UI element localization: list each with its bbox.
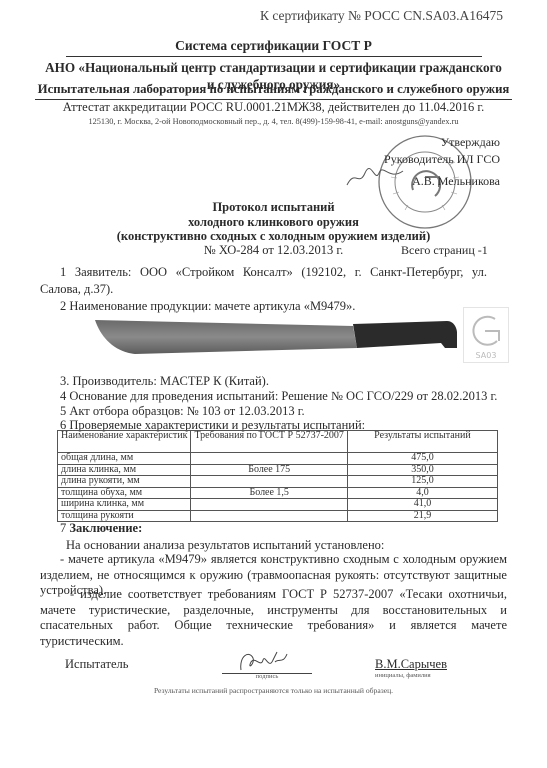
certificate-reference: К сертификату № РОСС CN.SA03.A16475 bbox=[260, 8, 503, 24]
table-cell: 125,0 bbox=[347, 476, 497, 488]
table-cell: толщина рукояти bbox=[58, 510, 191, 522]
table-cell: толщина обуха, мм bbox=[58, 487, 191, 499]
table-cell: 350,0 bbox=[347, 464, 497, 476]
protocol-title-line: Протокол испытаний bbox=[0, 200, 547, 215]
page-count: Всего страниц -1 bbox=[401, 243, 488, 258]
table-cell: длина клинка, мм bbox=[58, 464, 191, 476]
table-row: общая длина, мм 475,0 bbox=[58, 453, 498, 465]
table-row: длина рукояти, мм 125,0 bbox=[58, 476, 498, 488]
footnote: Результаты испытаний распространяются то… bbox=[0, 686, 547, 695]
system-title: Система сертификации ГОСТ Р bbox=[0, 38, 547, 54]
protocol-title-line: холодного клинкового оружия bbox=[0, 215, 547, 230]
table-row: толщина обуха, мм Более 1,5 4,0 bbox=[58, 487, 498, 499]
svg-text:SA03: SA03 bbox=[476, 351, 497, 360]
table-header-cell: Результаты испытаний bbox=[347, 431, 497, 453]
gost-mark-icon: SA03 bbox=[463, 307, 509, 363]
table-cell: 475,0 bbox=[347, 453, 497, 465]
lab-address: 125130, г. Москва, 2-ой Новоподмосковный… bbox=[0, 117, 547, 126]
machete-photo-icon bbox=[95, 310, 485, 360]
tester-name: В.М.Сарычев bbox=[375, 657, 447, 672]
conclusion-number: 7 bbox=[60, 521, 66, 535]
table-cell bbox=[191, 453, 347, 465]
table-cell: длина рукояти, мм bbox=[58, 476, 191, 488]
laboratory-title: Испытательная лаборатория по испытаниям … bbox=[35, 82, 512, 97]
protocol-title-line: (конструктивно сходных с холодным оружие… bbox=[0, 229, 547, 244]
table-cell bbox=[191, 499, 347, 511]
table-header-row: Наименование характеристик Требования по… bbox=[58, 431, 498, 453]
signature-label: подпись bbox=[222, 673, 312, 680]
accreditation-info: Аттестат аккредитации РОСС RU.0001.21МЖ3… bbox=[0, 100, 547, 115]
table-cell: Более 1,5 bbox=[191, 487, 347, 499]
divider bbox=[66, 56, 482, 57]
name-label: инициалы, фамилия bbox=[375, 672, 431, 679]
results-table: Наименование характеристик Требования по… bbox=[57, 430, 498, 522]
approval-signature-icon bbox=[345, 165, 405, 189]
conclusion-point-2: - изделие соответствует требованиям ГОСТ… bbox=[40, 587, 507, 649]
table-cell: 41,0 bbox=[347, 499, 497, 511]
protocol-title: Протокол испытаний холодного клинкового … bbox=[0, 200, 547, 244]
table-cell bbox=[191, 476, 347, 488]
table-cell: ширина клинка, мм bbox=[58, 499, 191, 511]
table-cell: общая длина, мм bbox=[58, 453, 191, 465]
table-cell bbox=[191, 510, 347, 522]
applicant-info: 1 Заявитель: ООО «Стройком Консалт» (192… bbox=[40, 264, 487, 298]
approval-label: Утверждаю bbox=[380, 134, 500, 151]
table-header-cell: Наименование характеристик bbox=[58, 431, 191, 453]
table-cell: 4,0 bbox=[347, 487, 497, 499]
tester-role: Испытатель bbox=[65, 657, 128, 672]
table-row: длина клинка, мм Более 175 350,0 bbox=[58, 464, 498, 476]
tester-signature-icon bbox=[235, 648, 295, 676]
table-header-cell: Требования по ГОСТ Р 52737-2007 bbox=[191, 431, 347, 453]
table-row: ширина клинка, мм 41,0 bbox=[58, 499, 498, 511]
table-cell: 21,9 bbox=[347, 510, 497, 522]
conclusion-title: Заключение: bbox=[69, 521, 142, 535]
table-cell: Более 175 bbox=[191, 464, 347, 476]
conclusion-heading: 7 Заключение: bbox=[60, 521, 142, 536]
table-row: толщина рукояти 21,9 bbox=[58, 510, 498, 522]
